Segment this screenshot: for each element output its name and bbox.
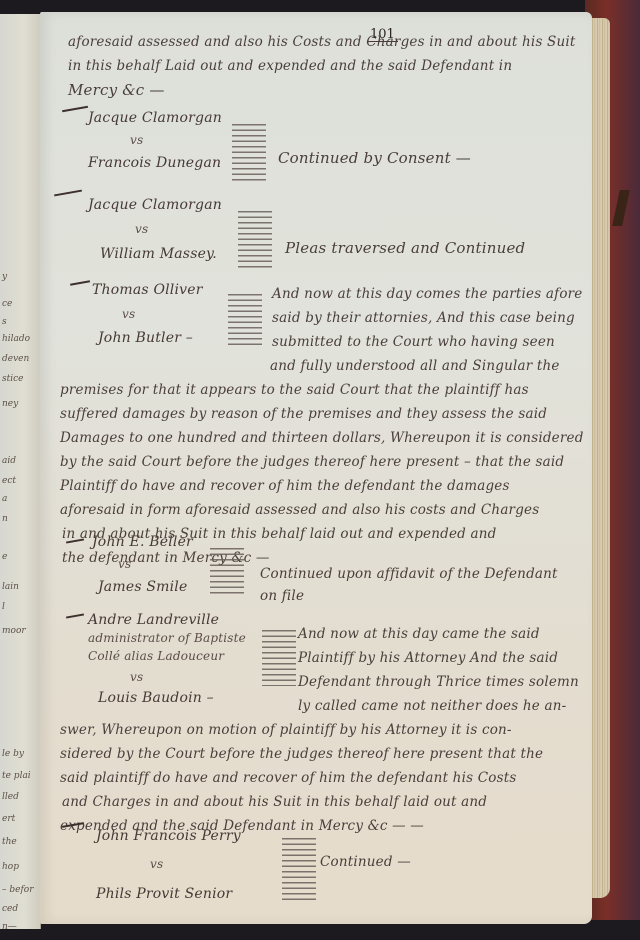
case-entry-text: Continued by Consent — [278, 148, 471, 168]
plaintiff-name: Andre Landreville [88, 610, 219, 630]
case-entry-text: Pleas traversed and Continued [285, 238, 525, 258]
margin-fragment: hop [2, 862, 19, 872]
margin-fragment: lain [2, 582, 19, 592]
case-entry-text: sidered by the Court before the judges t… [60, 744, 543, 764]
previous-page-edge: y ce s hilado deven stice ney aid ect a … [0, 14, 41, 929]
margin-fragment: aid [2, 456, 16, 466]
margin-fragment: ert [2, 814, 15, 824]
margin-fragment: l [2, 602, 5, 612]
brace-mark [232, 120, 266, 182]
margin-fragment: n [2, 514, 8, 524]
case-entry-text: submitted to the Court who having seen [272, 332, 555, 352]
margin-fragment: ced [2, 904, 18, 914]
margin-fragment: – befor [2, 885, 34, 895]
separator-dash [62, 106, 88, 112]
defendant-name: James Smile [98, 577, 187, 597]
case-entry-text: Continued — [320, 852, 411, 872]
case-entry-text: Continued upon affidavit of the Defendan… [260, 564, 558, 584]
defendant-name: Louis Baudoin – [98, 688, 214, 708]
margin-fragment: s [2, 317, 7, 327]
margin-fragment: a [2, 494, 7, 504]
case-entry-text: Plaintiff by his Attorney And the said [298, 648, 558, 668]
continuation-line: aforesaid assessed and also his Costs an… [68, 32, 576, 52]
margin-fragment: te plai [2, 771, 31, 781]
case-entry-text: suffered damages by reason of the premis… [60, 404, 547, 424]
case-entry-text: by the said Court before the judges ther… [60, 452, 564, 472]
brace-mark [228, 290, 262, 348]
plaintiff-name: Jacque Clamorgan [88, 195, 222, 215]
continuation-line: Mercy &c — [68, 80, 165, 100]
case-entry-text: Defendant through Thrice times solemn [298, 672, 579, 692]
case-entry-text: Plaintiff do have and recover of him the… [60, 476, 510, 496]
margin-fragment: ce [2, 299, 12, 309]
brace-mark [262, 626, 296, 686]
plaintiff-note: Collé alias Ladouceur [88, 646, 224, 666]
continuation-line: in this behalf Laid out and expended and… [68, 56, 512, 76]
separator-dash [70, 280, 90, 285]
separator-dash [66, 613, 84, 618]
margin-fragment: the [2, 837, 17, 847]
versus-label: vs [135, 219, 148, 239]
case-entry-text: and fully understood all and Singular th… [270, 356, 560, 376]
plaintiff-name: Thomas Olliver [92, 280, 203, 300]
case-entry-text: said plaintiff do have and recover of hi… [60, 768, 516, 788]
margin-fragment: lled [2, 792, 19, 802]
margin-fragment: stice [2, 374, 23, 384]
case-entry-text: and Charges in and about his Suit in thi… [62, 792, 487, 812]
plaintiff-name: John Francois Perry [96, 826, 241, 846]
margin-fragment: ect [2, 476, 16, 486]
brace-mark [282, 834, 316, 900]
defendant-name: John Butler – [98, 328, 193, 348]
margin-fragment: le by [2, 749, 24, 759]
case-entry-text: And now at this day came the said [298, 624, 540, 644]
separator-dash [54, 190, 82, 196]
margin-fragment: hilado [2, 334, 30, 344]
versus-label: vs [130, 667, 143, 687]
case-entry-text: ly called came not neither does he an- [298, 696, 566, 716]
defendant-name: William Massey. [100, 244, 217, 264]
margin-fragment: n— [2, 922, 17, 929]
versus-label: vs [118, 554, 131, 574]
defendant-name: Phils Provit Senior [96, 884, 232, 904]
versus-label: vs [130, 130, 143, 150]
versus-label: vs [150, 854, 163, 874]
margin-fragment: y [2, 272, 7, 282]
case-entry-text: on file [260, 586, 304, 606]
plaintiff-name: Jacque Clamorgan [88, 108, 222, 128]
brace-mark [210, 544, 244, 594]
plaintiff-note: administrator of Baptiste [88, 628, 246, 648]
case-entry-text: And now at this day comes the parties af… [272, 284, 582, 304]
case-entry-text: aforesaid in form aforesaid assessed and… [60, 500, 539, 520]
ledger-page: 101 aforesaid assessed and also his Cost… [40, 12, 592, 924]
margin-fragment: moor [2, 626, 26, 636]
margin-fragment: e [2, 552, 7, 562]
defendant-name: Francois Dunegan [88, 153, 221, 173]
plaintiff-name: John E. Beller [92, 532, 193, 552]
margin-fragment: ney [2, 399, 18, 409]
margin-fragment: deven [2, 354, 29, 364]
case-entry-text: said by their attornies, And this case b… [272, 308, 575, 328]
case-entry-text: Damages to one hundred and thirteen doll… [60, 428, 584, 448]
versus-label: vs [122, 304, 135, 324]
brace-mark [238, 207, 272, 271]
case-entry-text: swer, Whereupon on motion of plaintiff b… [60, 720, 512, 740]
case-entry-text: premises for that it appears to the said… [60, 380, 529, 400]
